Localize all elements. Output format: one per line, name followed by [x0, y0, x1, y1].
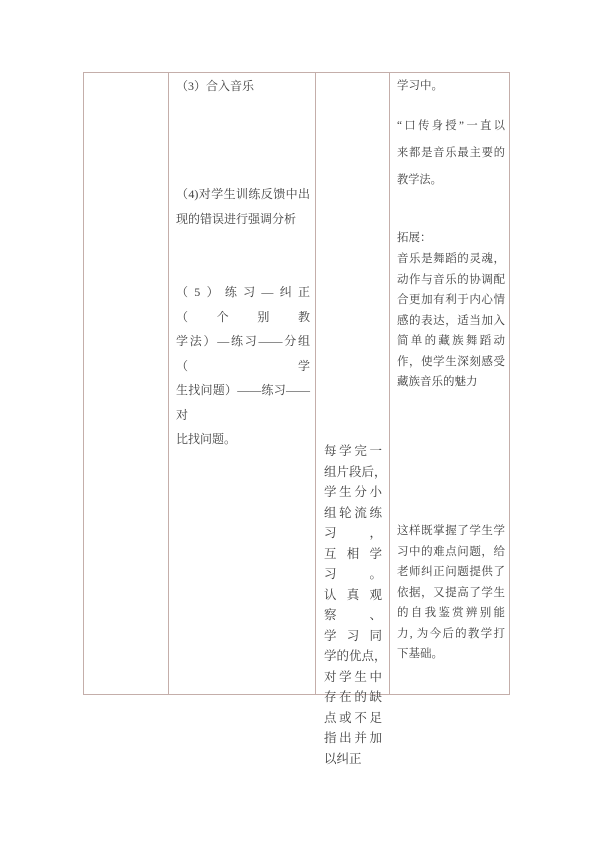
teaching-step-4-last-line: 现的错误进行强调分析: [176, 207, 310, 232]
remark-benefit-text: 这样既掌握了学生学 习中的难点问题，给 老师纠正问题提供了 依据，又提高了学生 …: [397, 521, 505, 665]
remark-oral-teaching-lines: “口传身授”一直以 来都是音乐最主要的: [397, 113, 505, 167]
teaching-step-3-text: （3）合入音乐: [176, 74, 310, 99]
student-practice-note-last-line: 以纠正: [324, 749, 382, 770]
remark-oral-teaching: “口传身授”一直以 来都是音乐最主要的 教学法。: [397, 113, 505, 194]
table-column-divider: [389, 73, 390, 694]
teaching-step-5: （5）练习—纠正（个别教 学法）—练习——分组（学 生找问题）——练习——对 比…: [176, 280, 310, 452]
table-column-divider: [168, 73, 169, 694]
remark-learning-text: 学习中。: [397, 74, 505, 99]
teaching-step-4-lines: （4)对学生训练反馈中出: [176, 182, 310, 207]
remark-expansion-label: 拓展：: [397, 228, 505, 249]
teaching-step-5-last-line: 比找问题。: [176, 427, 310, 452]
teaching-step-5-lines: （5）练习—纠正（个别教 学法）—练习——分组（学 生找问题）——练习——对: [176, 280, 310, 427]
teaching-step-4: （4)对学生训练反馈中出 现的错误进行强调分析: [176, 182, 310, 232]
remark-oral-teaching-last-line: 教学法。: [397, 167, 505, 194]
document-page: { "page": { "background": "#ffffff", "te…: [0, 0, 595, 842]
table-column-divider: [315, 73, 316, 694]
remark-benefit-lines: 这样既掌握了学生学 习中的难点问题，给 老师纠正问题提供了 依据，又提高了学生 …: [397, 521, 505, 644]
remark-benefit-last-line: 下基础。: [397, 644, 505, 665]
remark-expansion-lines: 音乐是舞蹈的灵魂， 动作与音乐的协调配 合更加有利于内心情 感的表达，适当加入 …: [397, 249, 505, 372]
lesson-plan-table: （3）合入音乐 （4)对学生训练反馈中出 现的错误进行强调分析 （5）练习—纠正…: [83, 72, 510, 695]
student-practice-note: 每学完一 组片段后， 学生分小 组轮流练 习，互相学 习。认真观 察、学习同 学…: [324, 441, 382, 769]
remark-expansion-text: 音乐是舞蹈的灵魂， 动作与音乐的协调配 合更加有利于内心情 感的表达，适当加入 …: [397, 249, 505, 393]
student-practice-note-lines: 每学完一 组片段后， 学生分小 组轮流练 习，互相学 习。认真观 察、学习同 学…: [324, 441, 382, 749]
remark-expansion-last-line: 藏族音乐的魅力: [397, 372, 505, 393]
